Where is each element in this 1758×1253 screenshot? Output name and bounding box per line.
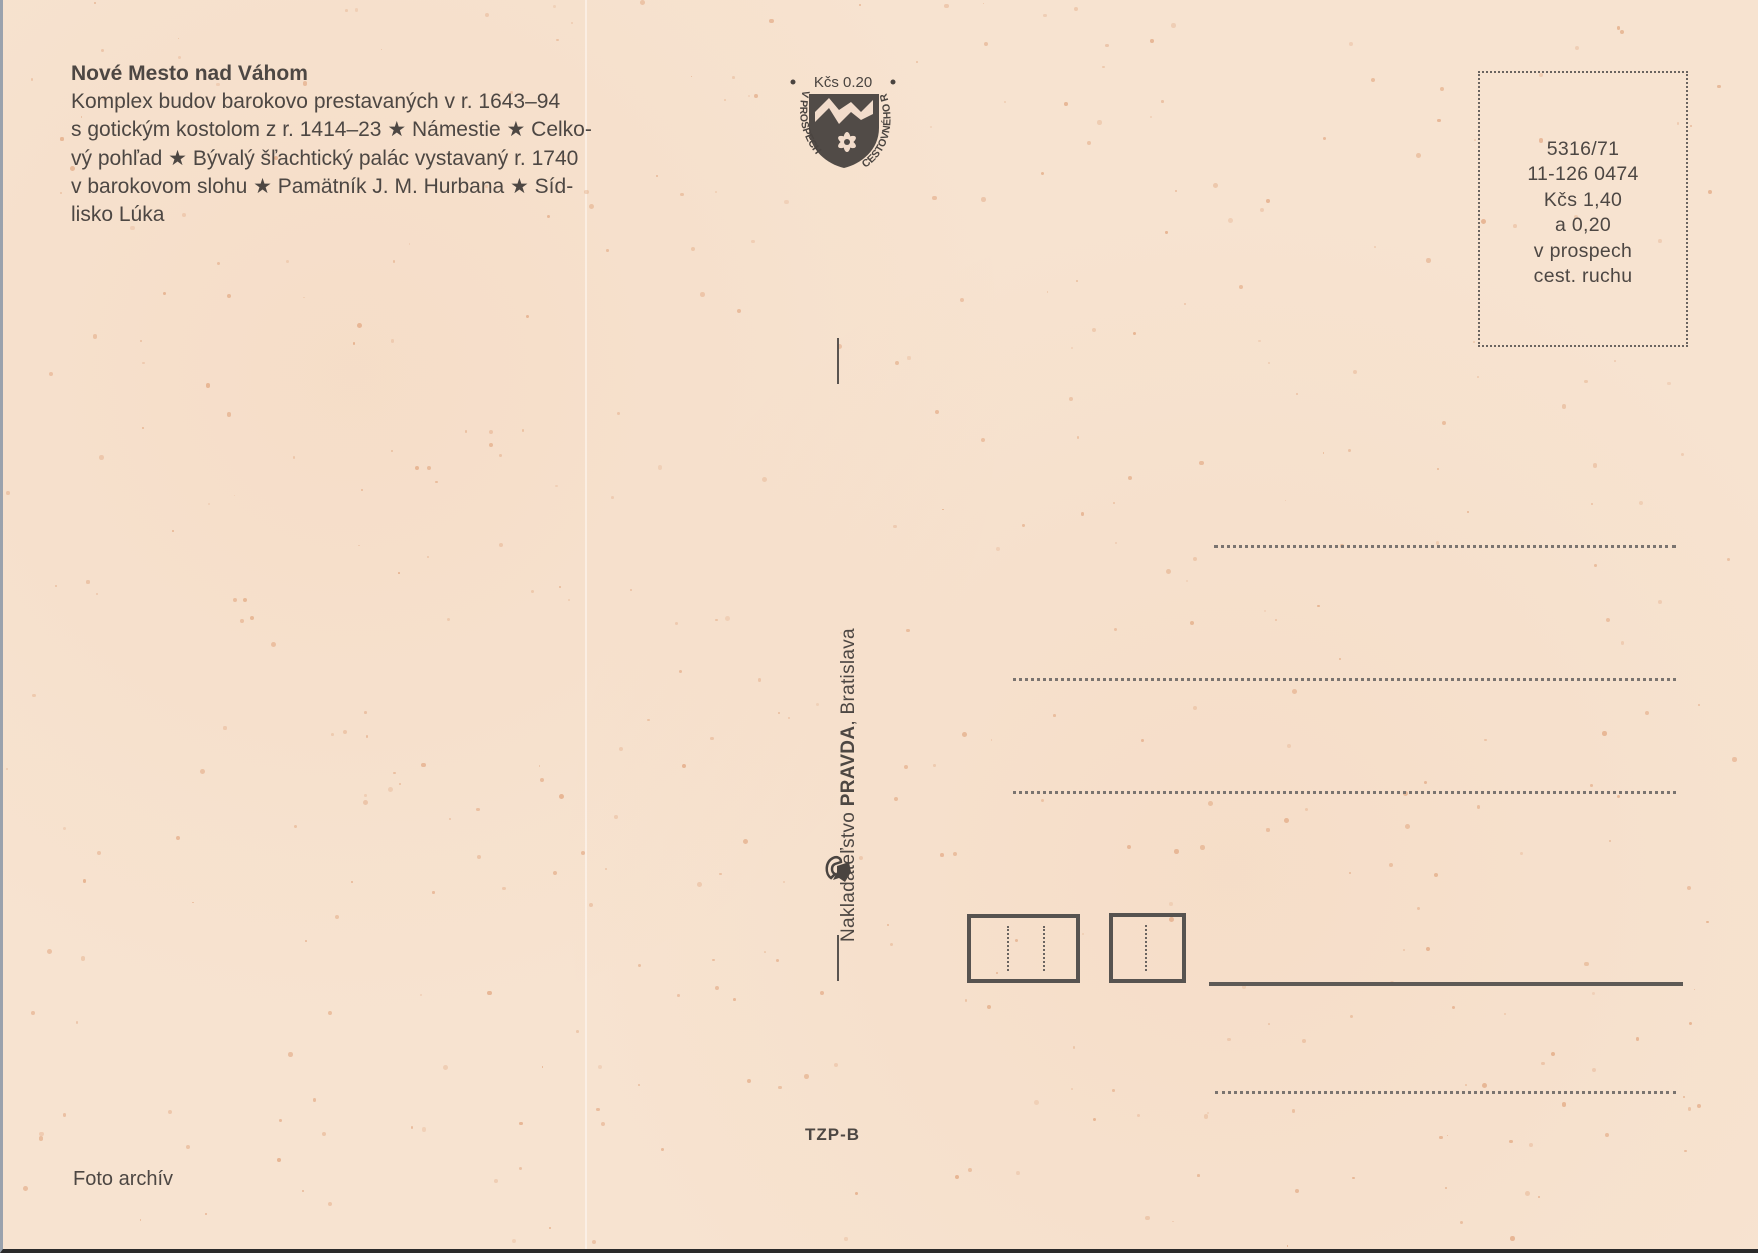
address-line-3[interactable] <box>1013 791 1676 794</box>
stamp-info-line: 5316/71 <box>1547 137 1620 163</box>
publisher-name: PRAVDA <box>838 726 859 807</box>
svg-text:Kčs 0.20: Kčs 0.20 <box>814 74 872 91</box>
postal-code-box-1[interactable] <box>967 914 1080 983</box>
postal-code-box-2[interactable] <box>1109 913 1186 983</box>
stamp-info-line: cest. ruchu <box>1534 264 1633 290</box>
publisher-text: Nakladateľstvo PRAVDA, Bratislava <box>838 628 860 942</box>
description-line: lisko Lúka <box>71 201 721 229</box>
digit-divider <box>1145 925 1147 971</box>
location-title: Nové Mesto nad Váhom <box>71 60 721 88</box>
mountain-edelweiss-shield-icon: Kčs 0.20 V PROSPECH CESTOVNÉHO RUCHU <box>781 68 905 186</box>
publisher-imprint: Nakladateľstvo PRAVDA, Bratislava <box>821 338 855 983</box>
city-line[interactable] <box>1209 982 1683 986</box>
stamp-info-line: 11-126 0474 <box>1527 162 1638 188</box>
address-line-2[interactable] <box>1013 678 1676 681</box>
address-line-1[interactable] <box>1214 545 1676 548</box>
stamp-info-line: Kčs 1,40 <box>1544 188 1622 214</box>
postcard-back: Nové Mesto nad Váhom Komplex budov barok… <box>0 0 1758 1253</box>
postcard-description: Nové Mesto nad Váhom Komplex budov barok… <box>71 60 721 229</box>
stamp-area: 5316/71 11-126 0474 Kčs 1,40 a 0,20 v pr… <box>1478 71 1688 347</box>
photo-credit: Foto archív <box>73 1168 173 1191</box>
address-line-4[interactable] <box>1215 1091 1676 1094</box>
description-line: s gotickým kostolom z r. 1414–23 ★ Námes… <box>71 116 721 144</box>
digit-divider <box>1043 926 1045 971</box>
description-line: vý pohľad ★ Bývalý šľachtický palác vyst… <box>71 145 721 173</box>
print-code: TZP-B <box>805 1125 860 1145</box>
divider-line <box>837 338 839 384</box>
description-line: v barokovom slohu ★ Pamätník J. M. Hurba… <box>71 173 721 201</box>
divider-line <box>837 935 839 981</box>
digit-divider <box>1007 926 1009 971</box>
stamp-info-line: a 0,20 <box>1555 213 1611 239</box>
description-line: Komplex budov barokovo prestavaných v r.… <box>71 88 721 116</box>
stamp-info-line: v prospech <box>1534 239 1632 265</box>
pravda-publisher-logo-icon <box>823 848 853 884</box>
